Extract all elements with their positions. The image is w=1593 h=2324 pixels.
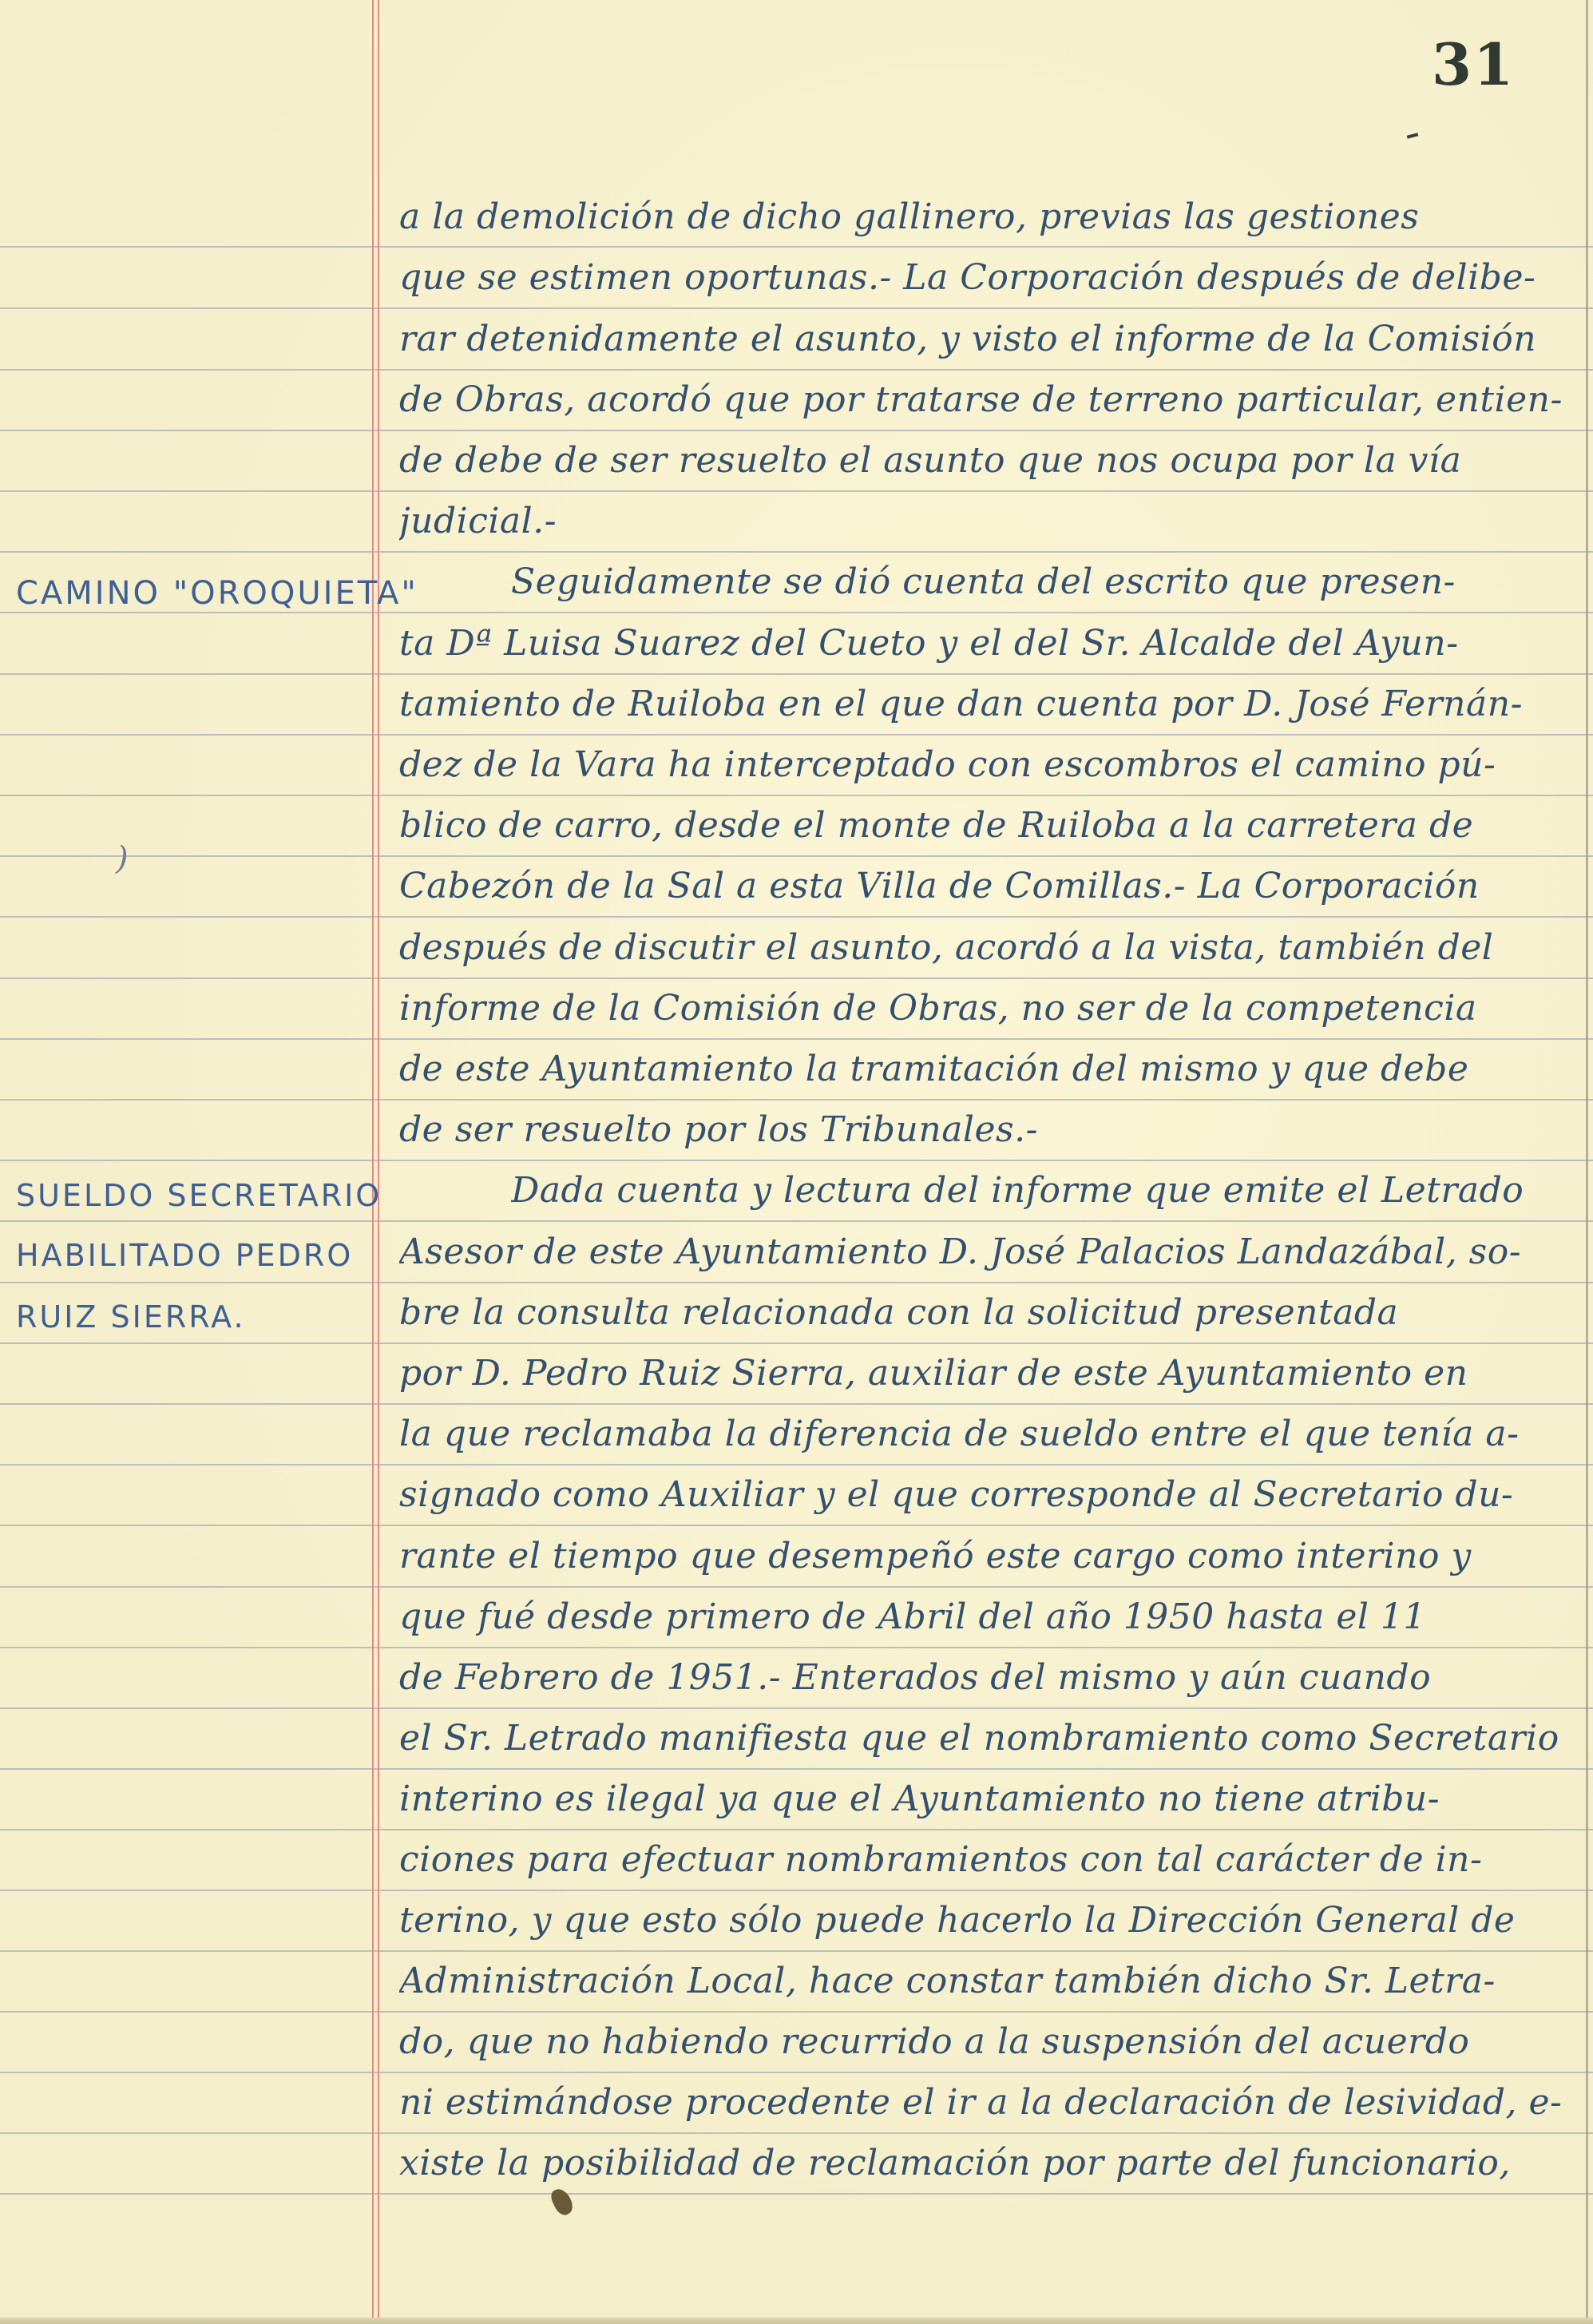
text-line: después de discutir el asunto, acordó a … — [399, 927, 1581, 968]
text-line: Cabezón de la Sal a esta Villa de Comill… — [399, 866, 1581, 906]
rule-line — [0, 369, 1593, 371]
text-line: tamiento de Ruiloba en el que dan cuenta… — [399, 684, 1581, 724]
ledger-page: 31 CAMINO "OROQUIETA" ) SUELDO SECRETARI… — [0, 0, 1593, 2324]
text-line: ta Dª Luisa Suarez del Cueto y el del Sr… — [399, 623, 1581, 664]
text-line: el Sr. Letrado manifiesta que el nombram… — [399, 1718, 1581, 1759]
text-line: Administración Local, hace constar tambi… — [399, 1961, 1581, 2001]
text-line: Seguidamente se dió cuenta del escrito q… — [511, 561, 1581, 602]
rule-line — [0, 673, 1593, 675]
pen-mark — [1407, 133, 1419, 138]
rule-line — [0, 978, 1593, 979]
rule-line — [0, 734, 1593, 736]
text-line: de debe de ser resuelto el asunto que no… — [399, 440, 1581, 481]
rule-line — [0, 1829, 1593, 1830]
rule-line — [0, 490, 1593, 492]
text-line: bre la consulta relacionada con la solic… — [399, 1292, 1581, 1333]
rule-line — [0, 1707, 1593, 1709]
rule-line — [0, 307, 1593, 309]
text-line: judicial.- — [399, 501, 1581, 541]
rule-line — [0, 2193, 1593, 2195]
ink-blot — [549, 2186, 576, 2218]
rule-line — [0, 551, 1593, 553]
margin-line-left — [372, 0, 374, 2324]
rule-line — [0, 430, 1593, 431]
text-line: de ser resuelto por los Tribunales.- — [399, 1109, 1581, 1150]
rule-line — [0, 1768, 1593, 1770]
rule-line — [0, 1160, 1593, 1161]
text-line: do, que no habiendo recurrido a la suspe… — [399, 2021, 1581, 2062]
text-line: a la demolición de dicho gallinero, prev… — [399, 196, 1581, 237]
rule-line — [0, 1890, 1593, 1891]
rule-line — [0, 1099, 1593, 1101]
text-line: por D. Pedro Ruiz Sierra, auxiliar de es… — [399, 1353, 1581, 1394]
text-line: informe de la Comisión de Obras, no ser … — [399, 988, 1581, 1029]
text-line: dez de la Vara ha interceptado con escom… — [399, 744, 1581, 785]
page-edge-right — [1586, 0, 1588, 2324]
rule-line — [0, 1464, 1593, 1465]
rule-line — [0, 612, 1593, 613]
text-line: de Obras, acordó que por tratarse de ter… — [399, 379, 1581, 420]
rule-line — [0, 1525, 1593, 1526]
rule-line — [0, 1282, 1593, 1283]
margin-squiggle-mark: ) — [116, 840, 129, 877]
rule-line — [0, 2072, 1593, 2073]
text-line: xiste la posibilidad de reclamación por … — [399, 2143, 1581, 2183]
text-line: Asesor de este Ayuntamiento D. José Pala… — [399, 1231, 1581, 1272]
text-line: la que reclamaba la diferencia de sueldo… — [399, 1414, 1581, 1454]
rule-line — [0, 795, 1593, 796]
page-edge-bottom — [0, 2318, 1593, 2324]
text-line: interino es ilegal ya que el Ayuntamient… — [399, 1779, 1581, 1819]
text-line: de Febrero de 1951.- Enterados del mismo… — [399, 1657, 1581, 1698]
text-line: signado como Auxiliar y el que correspon… — [399, 1474, 1581, 1515]
text-line: Dada cuenta y lectura del informe que em… — [511, 1170, 1581, 1211]
rule-line — [0, 1220, 1593, 1222]
rule-line — [0, 1403, 1593, 1405]
text-line: blico de carro, desde el monte de Ruilob… — [399, 805, 1581, 846]
margin-note-camino: CAMINO "OROQUIETA" — [16, 575, 375, 612]
text-line: de este Ayuntamiento la tramitación del … — [399, 1049, 1581, 1089]
rule-line — [0, 1342, 1593, 1344]
margin-note-sueldo-line-3: RUIZ SIERRA. — [16, 1299, 375, 1335]
rule-line — [0, 1038, 1593, 1040]
margin-note-sueldo-line-1: SUELDO SECRETARIO — [16, 1178, 375, 1213]
text-line: rar detenidamente el asunto, y visto el … — [399, 319, 1581, 359]
text-line: que fué desde primero de Abril del año 1… — [399, 1596, 1581, 1637]
rule-line — [0, 246, 1593, 248]
margin-note-sueldo-line-2: HABILITADO PEDRO — [16, 1238, 375, 1273]
text-line: ni estimándose procedente el ir a la dec… — [399, 2082, 1581, 2123]
text-line: ciones para efectuar nombramientos con t… — [399, 1839, 1581, 1880]
margin-line-right — [378, 0, 379, 2324]
rule-line — [0, 2132, 1593, 2134]
text-line: terino, y que esto sólo puede hacerlo la… — [399, 1900, 1581, 1941]
rule-line — [0, 855, 1593, 857]
rule-line — [0, 1586, 1593, 1588]
rule-line — [0, 1950, 1593, 1952]
text-line: que se estimen oportunas.- La Corporació… — [399, 257, 1581, 298]
rule-line — [0, 1647, 1593, 1648]
text-line: rante el tiempo que desempeñó este cargo… — [399, 1536, 1581, 1576]
rule-line — [0, 916, 1593, 918]
page-number: 31 — [1432, 30, 1515, 98]
rule-line — [0, 2011, 1593, 2013]
